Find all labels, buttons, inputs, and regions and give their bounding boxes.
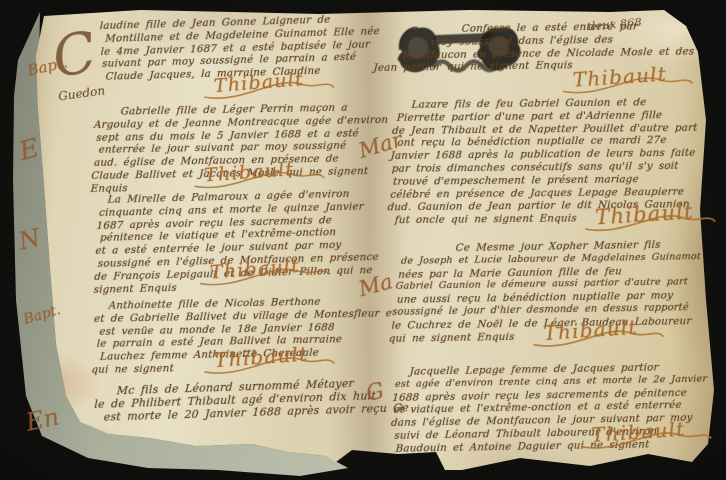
register-entry: Ma Ce Mesme jour Xopher Masnier fils de … xyxy=(392,238,704,345)
register-entry: G Jacquelle Lepage femme de Jacques part… xyxy=(394,361,702,456)
register-entry: Mar Lazare fils de feu Gabriel Gaunion e… xyxy=(394,96,699,227)
manuscript-scan: deux 868 C Bapt. laudine fille de Jean G… xyxy=(0,0,726,480)
signature: Thibault xyxy=(573,64,668,89)
signature: Thibault xyxy=(214,70,305,95)
register-entry: N La Mirelle de Palmaroux a agée d'envir… xyxy=(98,188,362,297)
signature: Thibault xyxy=(543,317,638,342)
signature: Thibault xyxy=(591,419,686,445)
register-entry: E Gabrielle fille de Léger Perrin maçon … xyxy=(95,101,359,195)
register-entry: Bapt. Anthoinette fille de Nicolas Berth… xyxy=(95,295,364,377)
signature: Thibault xyxy=(214,344,309,370)
signature: Thibault xyxy=(595,202,694,227)
register-entry: Confesse le a esté enterré par moy souss… xyxy=(376,20,699,76)
register-entry: C Bapt. laudine fille de Jean Gonne Laig… xyxy=(100,13,357,84)
signature: Thibault xyxy=(204,161,294,185)
signature: Thibault xyxy=(210,257,301,281)
